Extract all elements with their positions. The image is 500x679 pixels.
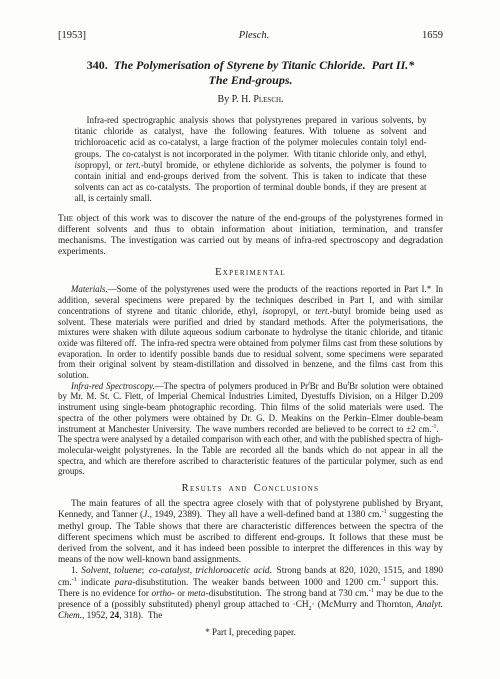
text-run: The Polymerisation of Styrene by Titanic… [114,58,415,72]
text-run: -butyl bromide being used as solvent. Th… [58,306,443,380]
section-heading-experimental: Experimental [58,267,443,279]
byline: By P. H. Plesch. [58,94,443,106]
header-running-head: Plesch. [239,30,270,42]
text-run: or [175,589,188,599]
text-run: The End-groups. [208,73,292,87]
header-year: [1953] [58,30,86,42]
text-run: · (McMurry and Thornton, [312,600,417,610]
text-run: , 1952, [82,611,110,621]
materials-paragraph: Materials.—Some of the polystyrenes used… [58,284,443,380]
text-run: —The spectra of polymers produced in Pr [155,381,308,391]
journal-page: [1953] Plesch. 1659 340. The Polymerisat… [0,0,500,679]
abstract-paragraph: Infra-red spectrographic analysis shows … [75,115,427,205]
text-run: 24 [110,611,119,621]
text-run: Plesch [253,94,281,105]
text-run: co-catalyst, trichloroacetic acid [149,566,270,576]
section-heading-results: Results and Conclusions [58,483,443,495]
text-run: object of this work was to discover the … [58,214,443,258]
page-header: [1953] Plesch. 1659 [58,30,443,42]
text-run: -disubstitution. The weaker bands betwee… [132,578,381,588]
text-run: ortho- [151,589,174,599]
text-run: Solvent, toluene [81,566,141,576]
text-run: 1. [71,566,81,576]
spectroscopy-paragraph: Infra-red Spectroscopy.—The spectra of p… [58,381,443,477]
text-run: propyl, or [273,306,315,316]
text-run: Br and Bu [310,381,348,391]
article-title: 340. The Polymerisation of Styrene by Ti… [58,58,443,88]
results-point1-paragraph: 1. Solvent, toluene; co-catalyst, trichl… [58,566,443,622]
text-run: By P. H. [217,94,253,105]
text-run: propyl, or [85,160,126,170]
text-run: Infra-red Spectroscopy. [71,381,155,391]
results-main-paragraph: The main features of all the spectra agr… [58,499,443,566]
article-title-line1: 340. The Polymerisation of Styrene by Ti… [58,58,443,73]
text-run: -disubstitution. The strong band at 730 … [206,589,369,599]
text-run: Materials. [71,284,108,294]
text-run: tert. [315,306,330,316]
text-run: meta [187,589,205,599]
header-page-number: 1659 [422,30,443,42]
text-run: Infra-red spectrographic analysis shows … [75,115,427,159]
text-run: iso [262,306,272,316]
text-run: . [281,94,284,105]
text-run: 340. [87,58,108,72]
text-run: ; [142,566,149,576]
text-run: , 1949, 2389). They all have a well-defi… [150,510,382,520]
text-run: he [64,214,73,224]
text-run: para [115,578,133,588]
text-run: tert. [126,160,141,170]
intro-paragraph: The object of this work was to discover … [58,214,443,259]
text-run: , 318). The [119,611,162,621]
footnote: * Part I, preceding paper. [58,627,443,638]
text-run: iso [75,160,86,170]
article-title-line2: The End-groups. [58,73,443,88]
text-run: indicate [77,578,115,588]
